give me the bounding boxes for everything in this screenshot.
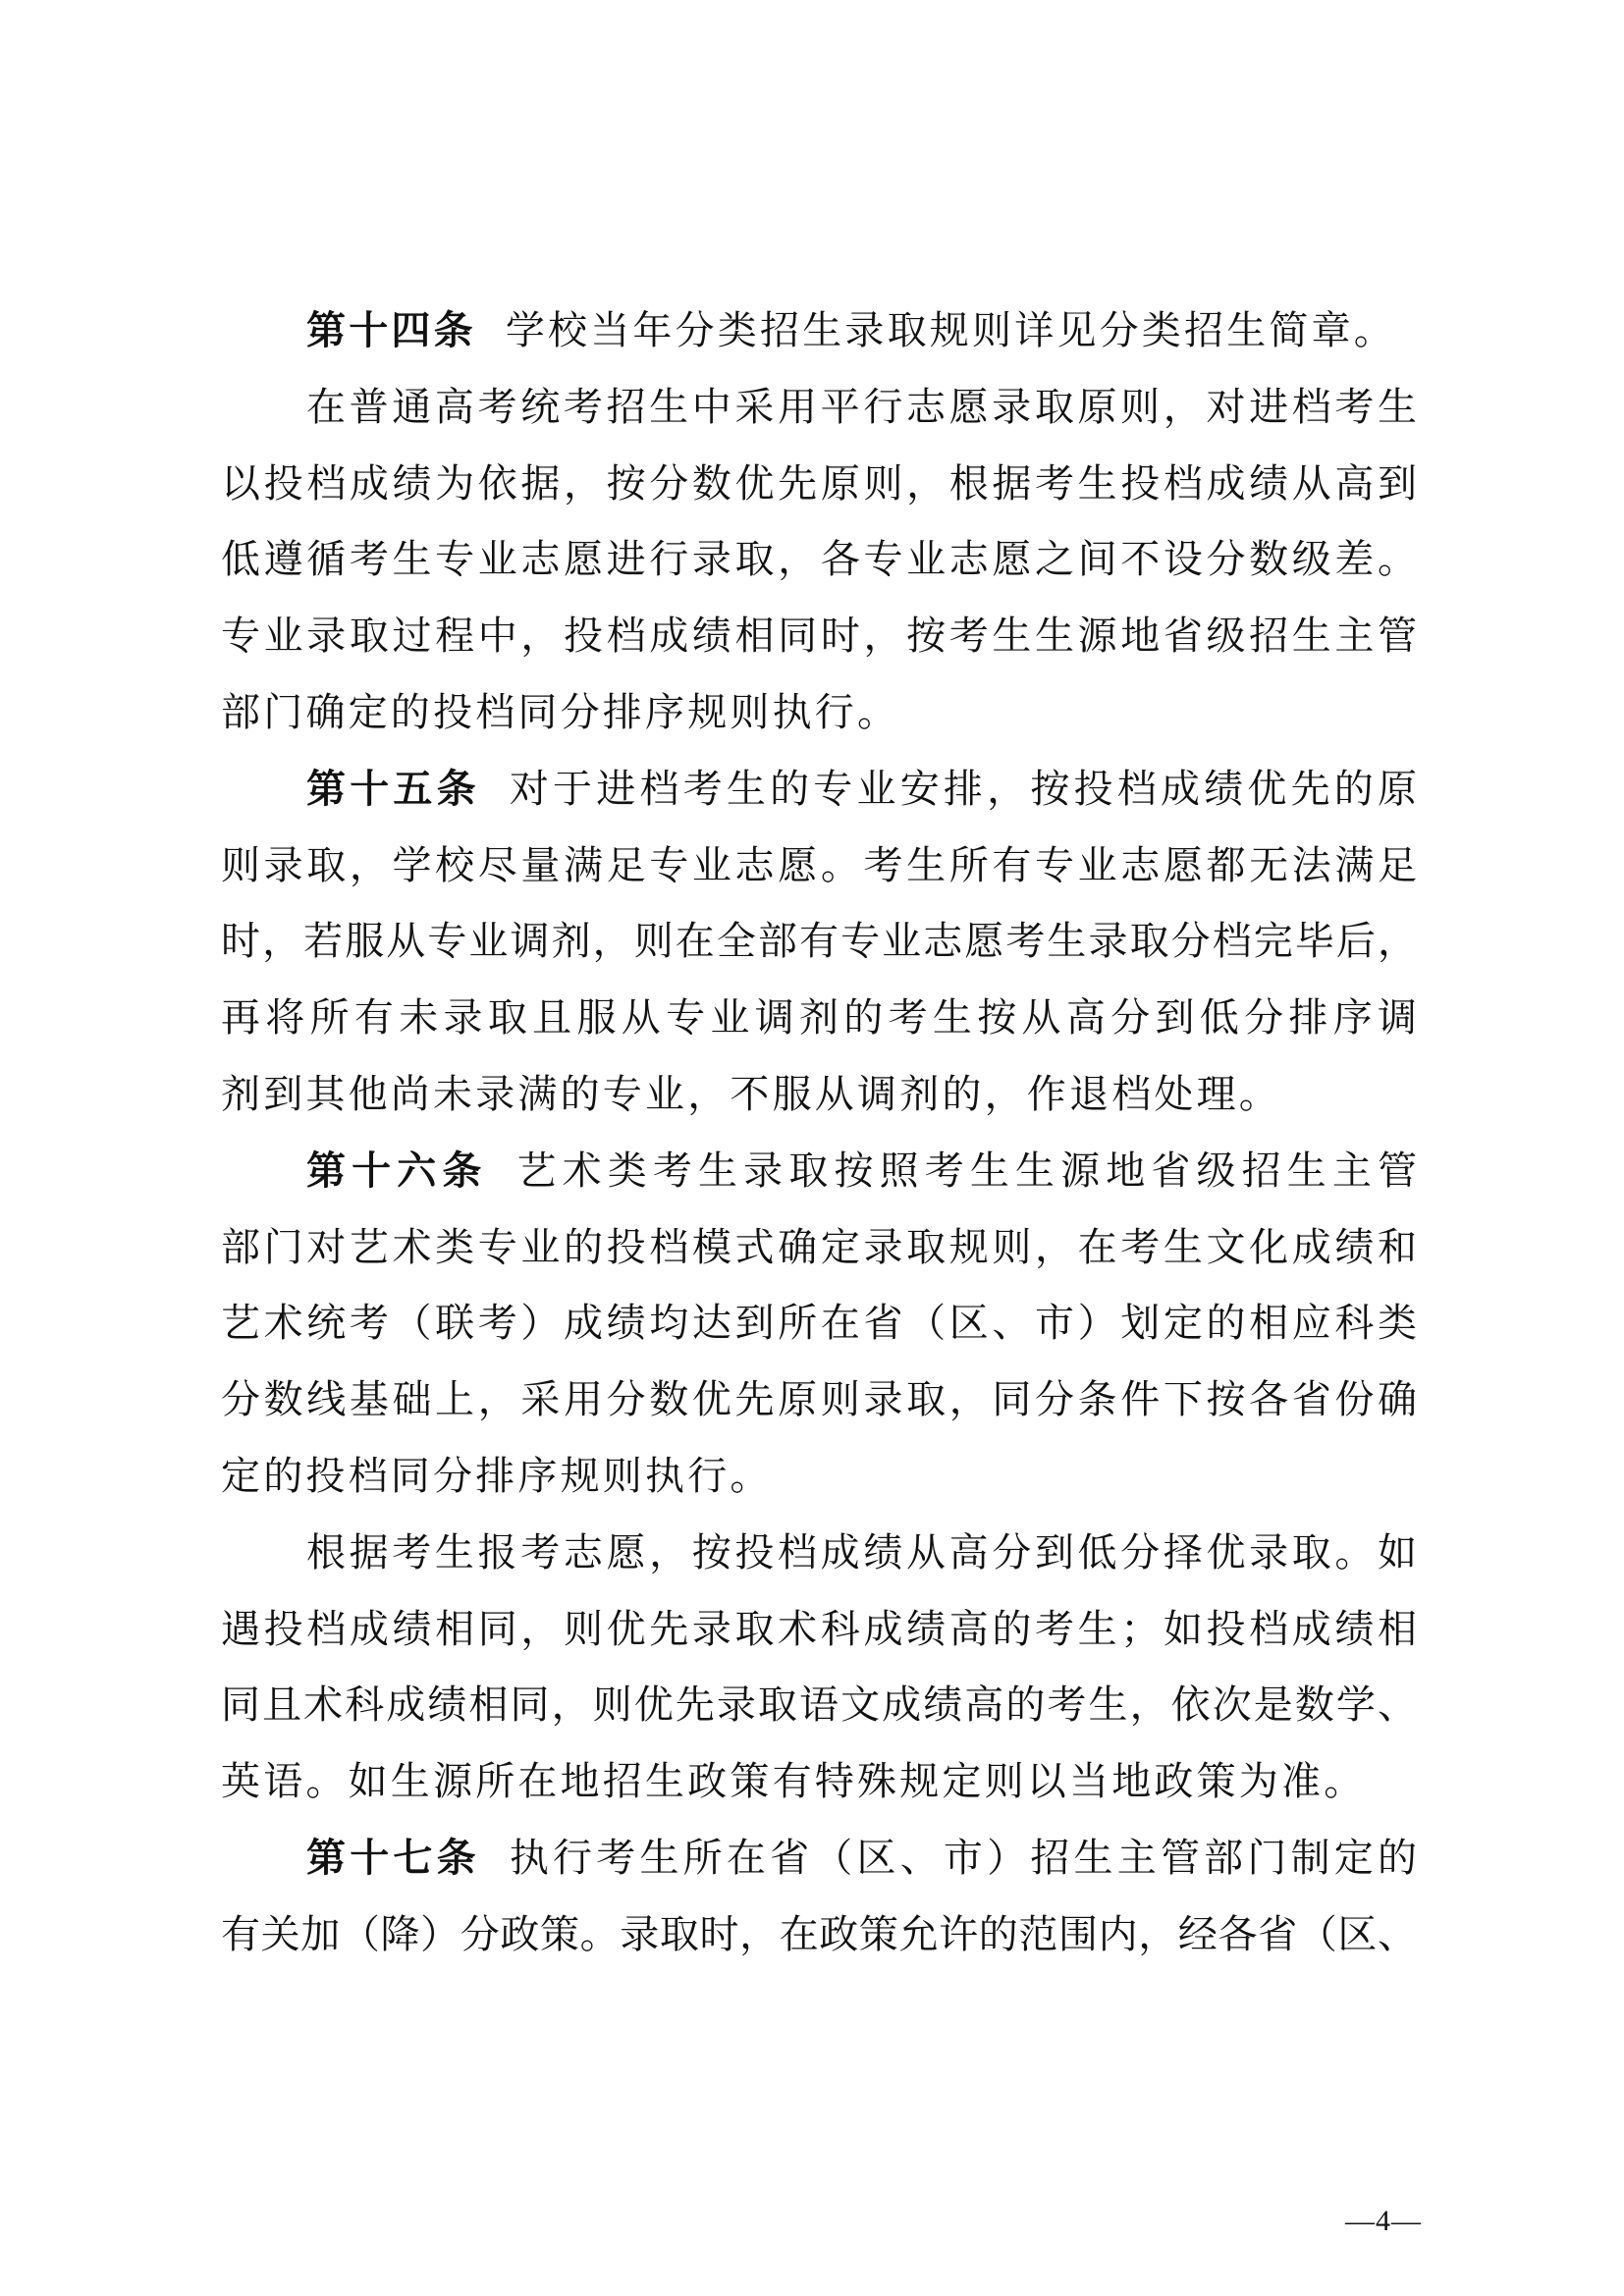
line-text: 艺术类考生录取按照考生生源地省级招生主管 <box>517 1148 1417 1194</box>
text-line: 时，若服从专业调剂，则在全部有专业志愿考生录取分档完毕后， <box>221 904 1417 981</box>
text-line: 定的投档同分排序规则执行。 <box>221 1439 1417 1516</box>
article-heading: 第十五条 <box>306 767 480 812</box>
text-line: 剂到其他尚未录满的专业，不服从调剂的，作退档处理。 <box>221 1057 1417 1134</box>
line-text: 执行考生所在省（区、市）招生主管部门制定的 <box>510 1836 1417 1881</box>
text-line: 遇投档成绩相同，则优先录取术科成绩高的考生；如投档成绩相 <box>221 1592 1417 1669</box>
article-heading: 第十四条 <box>306 308 476 353</box>
text-line: 第十七条执行考生所在省（区、市）招生主管部门制定的 <box>221 1821 1417 1897</box>
page-number: —4— <box>1345 2205 1422 2238</box>
text-line: 艺术统考（联考）成绩均达到所在省（区、市）划定的相应科类 <box>221 1286 1417 1362</box>
article-heading: 第十七条 <box>306 1836 480 1881</box>
body-text: 第十四条学校当年分类招生录取规则详见分类招生简章。 在普通高考统考招生中采用平行… <box>221 294 1417 1974</box>
text-line: 部门对艺术类专业的投档模式确定录取规则，在考生文化成绩和 <box>221 1210 1417 1287</box>
article-heading: 第十六条 <box>306 1148 488 1194</box>
text-line: 则录取，学校尽量满足专业志愿。考生所有专业志愿都无法满足 <box>221 828 1417 905</box>
line-text: 对于进档考生的专业安排，按投档成绩优先的原 <box>510 767 1417 812</box>
text-line: 根据考生报考志愿，按投档成绩从高分到低分择优录取。如 <box>221 1516 1417 1592</box>
document-page: 第十四条学校当年分类招生录取规则详见分类招生简章。 在普通高考统考招生中采用平行… <box>0 0 1624 2296</box>
text-line: 英语。如生源所在地招生政策有特殊规定则以当地政策为准。 <box>221 1744 1417 1821</box>
text-line: 在普通高考统考招生中采用平行志愿录取原则，对进档考生 <box>221 370 1417 447</box>
text-line: 第十四条学校当年分类招生录取规则详见分类招生简章。 <box>221 294 1417 370</box>
text-line: 部门确定的投档同分排序规则执行。 <box>221 675 1417 752</box>
text-line: 低遵循考生专业志愿进行录取，各专业志愿之间不设分数级差。 <box>221 522 1417 599</box>
text-line: 同且术科成绩相同，则优先录取语文成绩高的考生，依次是数学、 <box>221 1668 1417 1744</box>
text-line: 第十五条对于进档考生的专业安排，按投档成绩优先的原 <box>221 752 1417 828</box>
text-line: 有关加（降）分政策。录取时，在政策允许的范围内，经各省（区、 <box>221 1897 1417 1974</box>
text-line: 以投档成绩为依据，按分数优先原则，根据考生投档成绩从高到 <box>221 447 1417 523</box>
text-line: 第十六条艺术类考生录取按照考生生源地省级招生主管 <box>221 1134 1417 1210</box>
text-line: 再将所有未录取且服从专业调剂的考生按从高分到低分排序调 <box>221 981 1417 1057</box>
line-text: 学校当年分类招生录取规则详见分类招生简章。 <box>506 308 1396 353</box>
text-line: 专业录取过程中，投档成绩相同时，按考生生源地省级招生主管 <box>221 599 1417 675</box>
text-line: 分数线基础上，采用分数优先原则录取，同分条件下按各省份确 <box>221 1362 1417 1439</box>
